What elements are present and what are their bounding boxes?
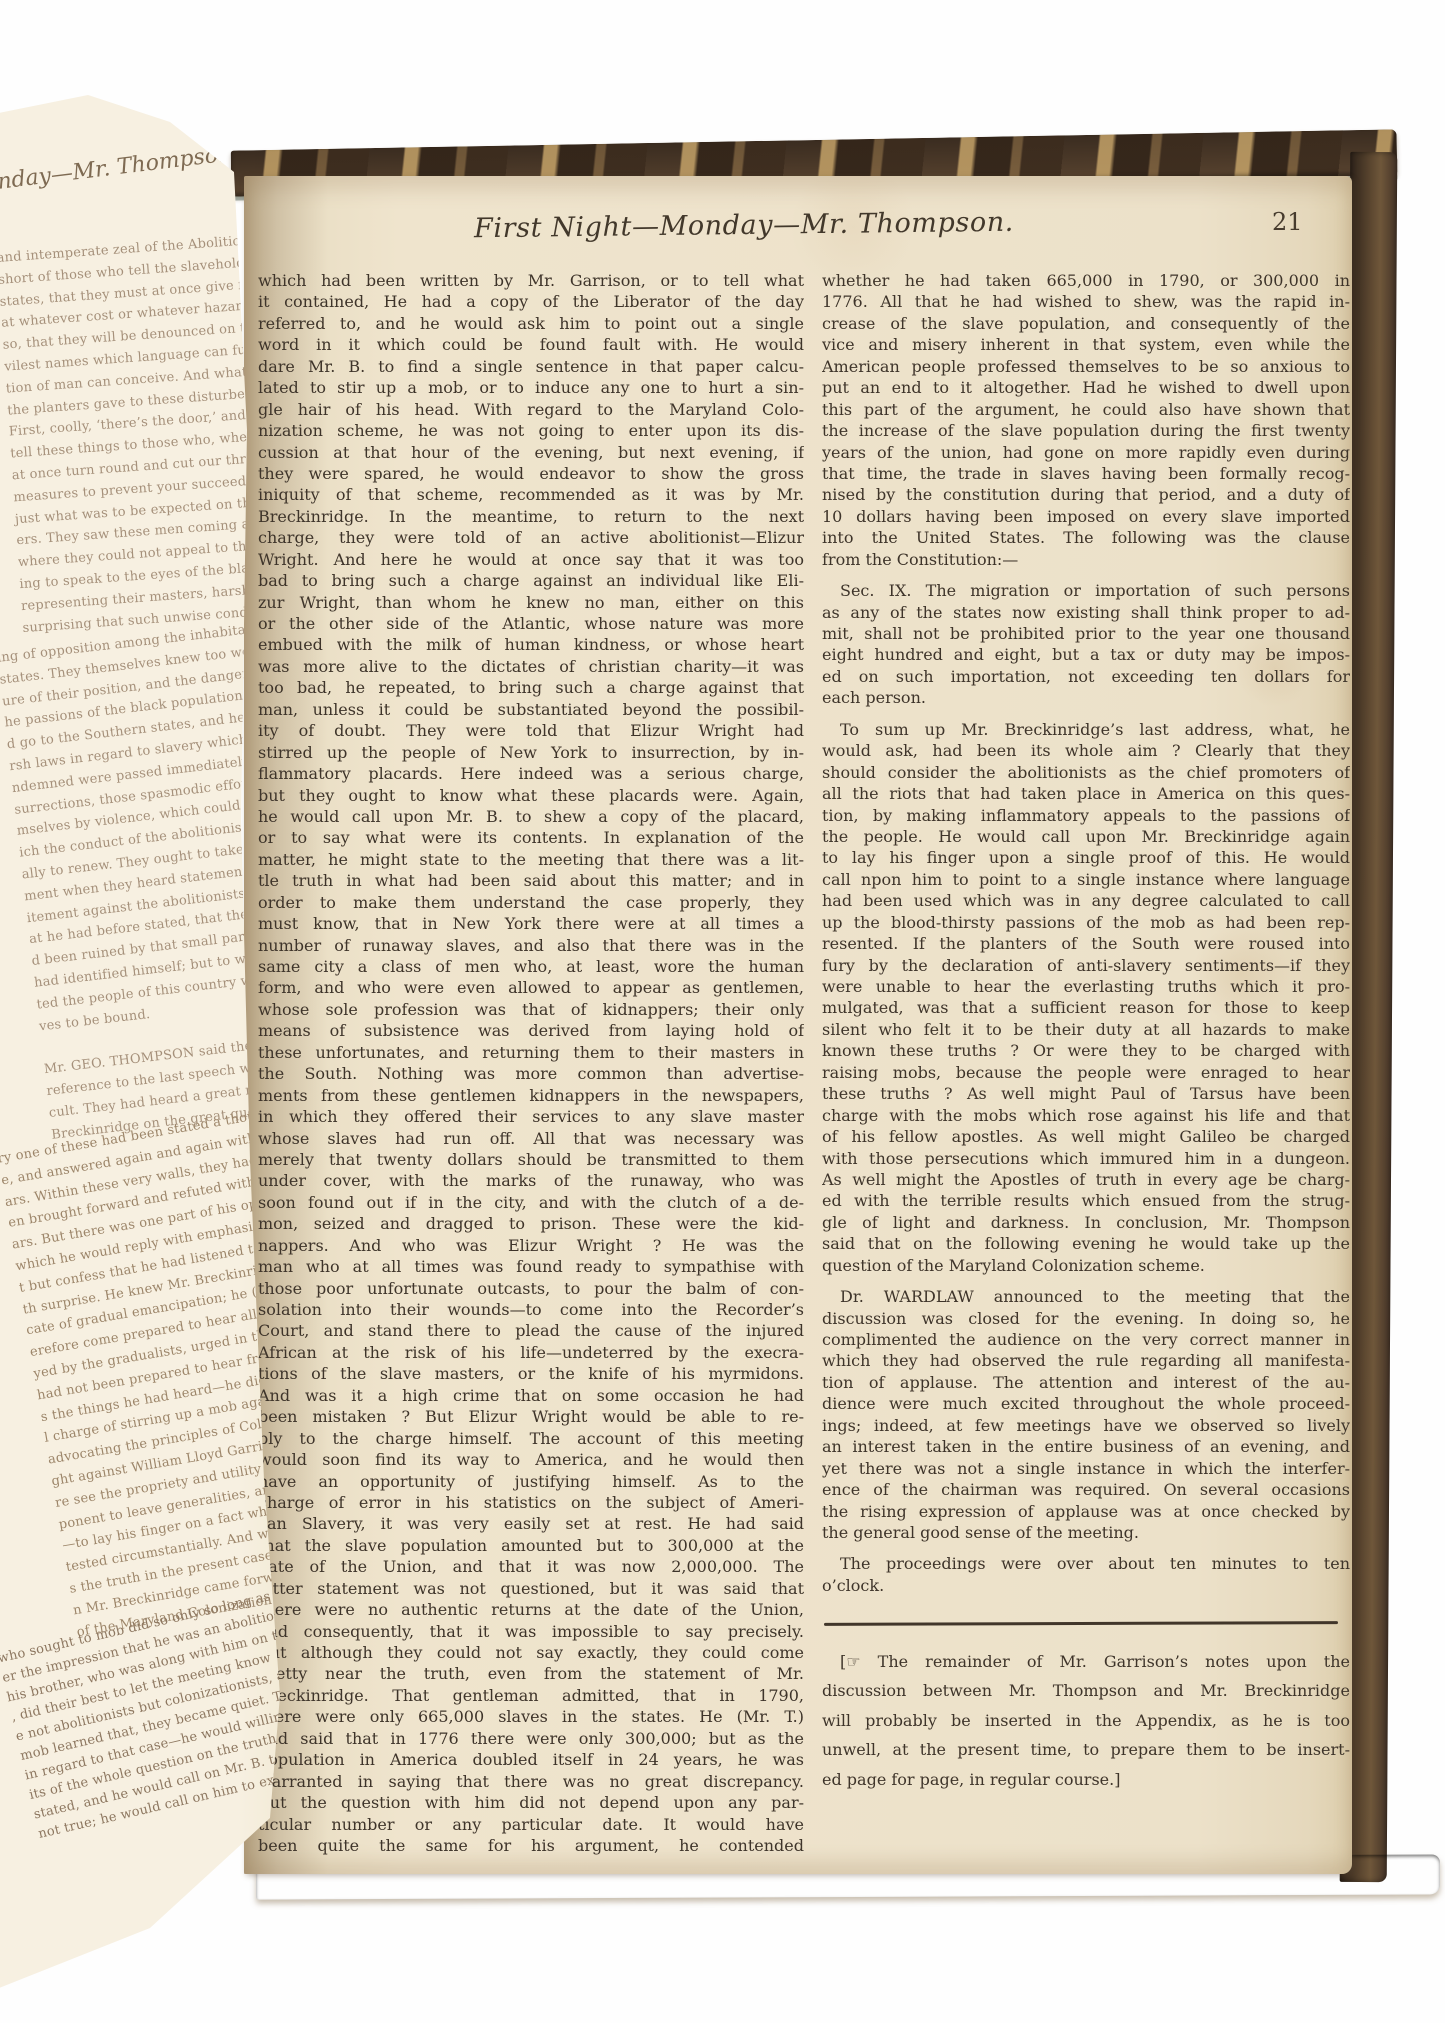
text-line: gle hair of his head. With regard to the… bbox=[258, 399, 804, 420]
text-line: ity of doubt. They were told that Elizur… bbox=[258, 720, 804, 741]
text-line: were unable to hear the everlasting trut… bbox=[822, 976, 1350, 997]
text-line: Sec. IX. The migration or importation of… bbox=[822, 580, 1350, 601]
text-line: unwell, at the present time, to prepare … bbox=[822, 1735, 1350, 1765]
text-line: from the Constitution:— bbox=[822, 549, 1350, 570]
text-line: vice and misery inherent in that system,… bbox=[822, 334, 1350, 355]
text-line: matter, he might state to the meeting th… bbox=[258, 849, 804, 870]
left-column: which had been written by Mr. Garrison, … bbox=[258, 270, 804, 1856]
text-line: resented. If the planters of the South w… bbox=[822, 933, 1350, 954]
text-line: cussion at that hour of the evening, but… bbox=[258, 442, 804, 463]
text-line: must know, that in New York there were a… bbox=[258, 913, 804, 934]
text-line: warranted in saying that there was no gr… bbox=[258, 1771, 804, 1792]
text-line: man, unless it could be substantiated be… bbox=[258, 699, 804, 720]
text-line: into the United States. The following wa… bbox=[822, 527, 1350, 548]
paragraph: To sum up Mr. Breckinridge’s last addres… bbox=[822, 719, 1350, 1276]
text-line: word in it which could be found fault wi… bbox=[258, 334, 804, 355]
text-line: known these truths ? Or were they to be … bbox=[822, 1040, 1350, 1061]
text-line: nised by the constitution during that pe… bbox=[822, 484, 1350, 505]
text-line: The proceedings were over about ten minu… bbox=[822, 1553, 1350, 1574]
text-line: silent who felt it to be their duty at a… bbox=[822, 1019, 1350, 1040]
text-line: or to say what were its contents. In exp… bbox=[258, 827, 804, 848]
text-line: mulgated, was that a sufficient reason f… bbox=[822, 997, 1350, 1018]
text-line: an interest taken in the entire business… bbox=[822, 1436, 1350, 1457]
page-number: 21 bbox=[1272, 208, 1352, 236]
text-line: iniquity of that scheme, recommended as … bbox=[258, 484, 804, 505]
text-line: question of the Maryland Colonization sc… bbox=[822, 1255, 1350, 1276]
text-line: was more alive to the dictates of christ… bbox=[258, 656, 804, 677]
text-line: the rising expression of applause was at… bbox=[822, 1501, 1350, 1522]
text-line: means of subsistence was derived from la… bbox=[258, 1020, 804, 1041]
text-line: years of the union, had gone on more rap… bbox=[822, 442, 1350, 463]
text-line: the South. Nothing was more common than … bbox=[258, 1063, 804, 1084]
text-line: been mistaken ? But Elizur Wright would … bbox=[258, 1406, 804, 1427]
text-line: charge of error in his statistics on the… bbox=[258, 1492, 804, 1513]
text-line: the general good sense of the meeting. bbox=[822, 1522, 1350, 1543]
text-line: this part of the argument, he could also… bbox=[822, 399, 1350, 420]
text-line: fury by the declaration of anti-slavery … bbox=[822, 955, 1350, 976]
text-line: eight hundred and eight, but a tax or du… bbox=[822, 644, 1350, 665]
right-page: First Night—Monday—Mr. Thompson. 21 whic… bbox=[244, 176, 1352, 1874]
text-line: nization scheme, he was not going to ent… bbox=[258, 420, 804, 441]
text-line: there were no authentic returns at the d… bbox=[258, 1599, 804, 1620]
text-line: which they had observed the rule regardi… bbox=[822, 1350, 1350, 1371]
text-line: yet there was not a single instance in w… bbox=[822, 1458, 1350, 1479]
text-line: would ask, had been its whole aim ? Clea… bbox=[822, 740, 1350, 761]
text-line: referred to, and he would ask him to poi… bbox=[258, 313, 804, 334]
text-line: ed with the terrible results which ensue… bbox=[822, 1190, 1350, 1211]
text-line: man who at all times was found ready to … bbox=[258, 1256, 804, 1277]
paragraph: [☞ The remainder of Mr. Garrison’s notes… bbox=[822, 1647, 1350, 1795]
text-line: discussion was closed for the evening. I… bbox=[822, 1308, 1350, 1329]
text-line: raising mobs, because the people were en… bbox=[822, 1062, 1350, 1083]
text-line: the people. He would call upon Mr. Breck… bbox=[822, 826, 1350, 847]
text-line: to lay his finger upon a single proof of… bbox=[822, 847, 1350, 868]
text-line: that time, the trade in slaves having be… bbox=[822, 463, 1350, 484]
text-line: call npon him to point to a single insta… bbox=[822, 869, 1350, 890]
text-line: under cover, with the marks of the runaw… bbox=[258, 1170, 804, 1191]
text-line: soon found out if in the city, and with … bbox=[258, 1192, 804, 1213]
text-line: dience were much excited throughout the … bbox=[822, 1393, 1350, 1414]
text-line: [☞ The remainder of Mr. Garrison’s notes… bbox=[822, 1647, 1350, 1677]
book-photo: First Night—Monday—Mr. Thompson. 21 whic… bbox=[0, 0, 1445, 2023]
text-line: gle of light and darkness. In conclusion… bbox=[822, 1212, 1350, 1233]
text-line: American people professed themselves to … bbox=[822, 356, 1350, 377]
text-line: all the riots that had taken place in Am… bbox=[822, 783, 1350, 804]
text-line: discussion between Mr. Thompson and Mr. … bbox=[822, 1676, 1350, 1706]
text-line: tle truth in what had been said about th… bbox=[258, 870, 804, 891]
text-line: 10 dollars having been imposed on every … bbox=[822, 506, 1350, 527]
text-line: dare Mr. B. to find a single sentence in… bbox=[258, 356, 804, 377]
text-line: the increase of the slave population dur… bbox=[822, 420, 1350, 441]
text-line: there were only 665,000 slaves in the st… bbox=[258, 1706, 804, 1727]
text-line: should consider the abolitionists as the… bbox=[822, 762, 1350, 783]
text-line: But the question with him did not depend… bbox=[258, 1792, 804, 1813]
text-line: have an opportunity of justifying himsel… bbox=[258, 1471, 804, 1492]
text-line: can Slavery, it was very easily set at r… bbox=[258, 1513, 804, 1534]
text-line: charge with the mobs which rose against … bbox=[822, 1105, 1350, 1126]
text-line: o’clock. bbox=[822, 1575, 1350, 1596]
text-line: had said that in 1776 there were only 30… bbox=[258, 1728, 804, 1749]
text-line: population in America doubled itself in … bbox=[258, 1749, 804, 1770]
text-line: each person. bbox=[822, 687, 1350, 708]
text-line: crease of the slave population, and cons… bbox=[822, 313, 1350, 334]
text-line: form, and who were even allowed to appea… bbox=[258, 977, 804, 998]
text-line: he would call upon Mr. B. to shew a copy… bbox=[258, 806, 804, 827]
text-line: they were spared, he would endeavor to s… bbox=[258, 463, 804, 484]
text-line: and consequently, that it was impossible… bbox=[258, 1621, 804, 1642]
text-line: Court, and stand there to plead the caus… bbox=[258, 1320, 804, 1341]
text-line: ed on such importation, not exceeding te… bbox=[822, 666, 1350, 687]
right-column-main: whether he had taken 665,000 in 1790, or… bbox=[822, 270, 1350, 1596]
text-line: number of runaway slaves, and also that … bbox=[258, 935, 804, 956]
text-line: up the blood-thirsty passions of the mob… bbox=[822, 912, 1350, 933]
left-page-running-head: nday—Mr. Thompson. bbox=[0, 140, 240, 194]
text-line: ings; indeed, at few meetings have we ob… bbox=[822, 1415, 1350, 1436]
text-line: that the slave population amounted but t… bbox=[258, 1535, 804, 1556]
text-line: ply to the charge himself. The account o… bbox=[258, 1428, 804, 1449]
separator-rule bbox=[824, 1621, 1338, 1625]
text-line: same city a class of men who, at least, … bbox=[258, 956, 804, 977]
text-line: stirred up the people of New York to ins… bbox=[258, 742, 804, 763]
text-line: it contained, He had a copy of the Liber… bbox=[258, 291, 804, 312]
text-line: which had been written by Mr. Garrison, … bbox=[258, 270, 804, 291]
text-line: solation into their wounds—to come into … bbox=[258, 1299, 804, 1320]
text-line: whether he had taken 665,000 in 1790, or… bbox=[822, 270, 1350, 291]
text-line: whose slaves had run off. All that was n… bbox=[258, 1128, 804, 1149]
text-line: pretty near the truth, even from the sta… bbox=[258, 1663, 804, 1684]
running-head: First Night—Monday—Mr. Thompson. bbox=[244, 204, 1244, 248]
text-line: flammatory placards. Here indeed was a s… bbox=[258, 763, 804, 784]
right-column: whether he had taken 665,000 in 1790, or… bbox=[822, 270, 1350, 1794]
text-line: these unfortunates, and returning them t… bbox=[258, 1042, 804, 1063]
text-line: mon, seized and dragged to prison. These… bbox=[258, 1213, 804, 1234]
text-line: will probably be inserted in the Appendi… bbox=[822, 1706, 1350, 1736]
text-line: with those persecutions which immured hi… bbox=[822, 1148, 1350, 1169]
text-line: put an end to it altogether. Had he wish… bbox=[822, 377, 1350, 398]
editor-note: [☞ The remainder of Mr. Garrison’s notes… bbox=[822, 1647, 1350, 1795]
text-line: merely that twenty dollars should be tra… bbox=[258, 1149, 804, 1170]
text-line: tions of the slave masters, or the knife… bbox=[258, 1363, 804, 1384]
text-line: order to make them understand the case p… bbox=[258, 892, 804, 913]
text-line: said that on the following evening he wo… bbox=[822, 1233, 1350, 1254]
text-line: 1776. All that he had wished to shew, wa… bbox=[822, 291, 1350, 312]
text-line: complimented the audience on the very co… bbox=[822, 1329, 1350, 1350]
text-line: To sum up Mr. Breckinridge’s last addres… bbox=[822, 719, 1350, 740]
paragraph: whether he had taken 665,000 in 1790, or… bbox=[822, 270, 1350, 570]
text-line: would soon find its way to America, and … bbox=[258, 1449, 804, 1470]
text-line: Breckinridge. In the meantime, to return… bbox=[258, 506, 804, 527]
text-line: ticular number or any particular date. I… bbox=[258, 1814, 804, 1835]
paragraph: Dr. WARDLAW announced to the meeting tha… bbox=[822, 1286, 1350, 1543]
text-line: in which they offered their services to … bbox=[258, 1106, 804, 1127]
text-line: those poor unfortunate outcasts, to pour… bbox=[258, 1278, 804, 1299]
text-line: And was it a high crime that on some occ… bbox=[258, 1385, 804, 1406]
text-line: of his fellow apostles. As well might Ga… bbox=[822, 1126, 1350, 1147]
text-line: ments from these gentlemen kidnappers in… bbox=[258, 1085, 804, 1106]
text-line: lated to stir up a mob, or to induce any… bbox=[258, 377, 804, 398]
text-line: embued with the milk of human kindness, … bbox=[258, 634, 804, 655]
text-line: but they ought to know what these placar… bbox=[258, 785, 804, 806]
text-line: bad to bring such a charge against an in… bbox=[258, 570, 804, 591]
text-line: ence of the chairman was required. On se… bbox=[822, 1479, 1350, 1500]
text-line: mit, shall not be prohibited prior to th… bbox=[822, 623, 1350, 644]
paragraph: The proceedings were over about ten minu… bbox=[822, 1553, 1350, 1596]
text-line: As well might the Apostles of truth in e… bbox=[822, 1169, 1350, 1190]
text-line: African at the risk of his life—undeterr… bbox=[258, 1342, 804, 1363]
text-line: date of the Union, and that it was now 2… bbox=[258, 1556, 804, 1577]
text-line: Wright. And here he would at once say th… bbox=[258, 549, 804, 570]
text-line: been quite the same for his argument, he… bbox=[258, 1835, 804, 1856]
text-line: latter statement was not questioned, but… bbox=[258, 1578, 804, 1599]
text-line: these truths ? As well might Paul of Tar… bbox=[822, 1083, 1350, 1104]
text-line: had been used which was in any degree ca… bbox=[822, 890, 1350, 911]
text-line: as any of the states now existing shall … bbox=[822, 602, 1350, 623]
paragraph: Sec. IX. The migration or importation of… bbox=[822, 580, 1350, 709]
text-line: tion of applause. The attention and inte… bbox=[822, 1372, 1350, 1393]
text-line: charge, they were told of an active abol… bbox=[258, 527, 804, 548]
text-line: ed page for page, in regular course.] bbox=[822, 1765, 1350, 1795]
text-line: Dr. WARDLAW announced to the meeting tha… bbox=[822, 1286, 1350, 1307]
text-line: or the other side of the Atlantic, whose… bbox=[258, 613, 804, 634]
text-line: whose sole profession was that of kidnap… bbox=[258, 999, 804, 1020]
text-line: zur Wright, than whom he knew no man, ei… bbox=[258, 592, 804, 613]
text-line: Breckinridge. That gentleman admitted, t… bbox=[258, 1685, 804, 1706]
text-line: too bad, he repeated, to bring such a ch… bbox=[258, 677, 804, 698]
text-line: But although they could not say exactly,… bbox=[258, 1642, 804, 1663]
text-line: nappers. And who was Elizur Wright ? He … bbox=[258, 1235, 804, 1256]
text-line: tion, by making inflammatory appeals to … bbox=[822, 805, 1350, 826]
